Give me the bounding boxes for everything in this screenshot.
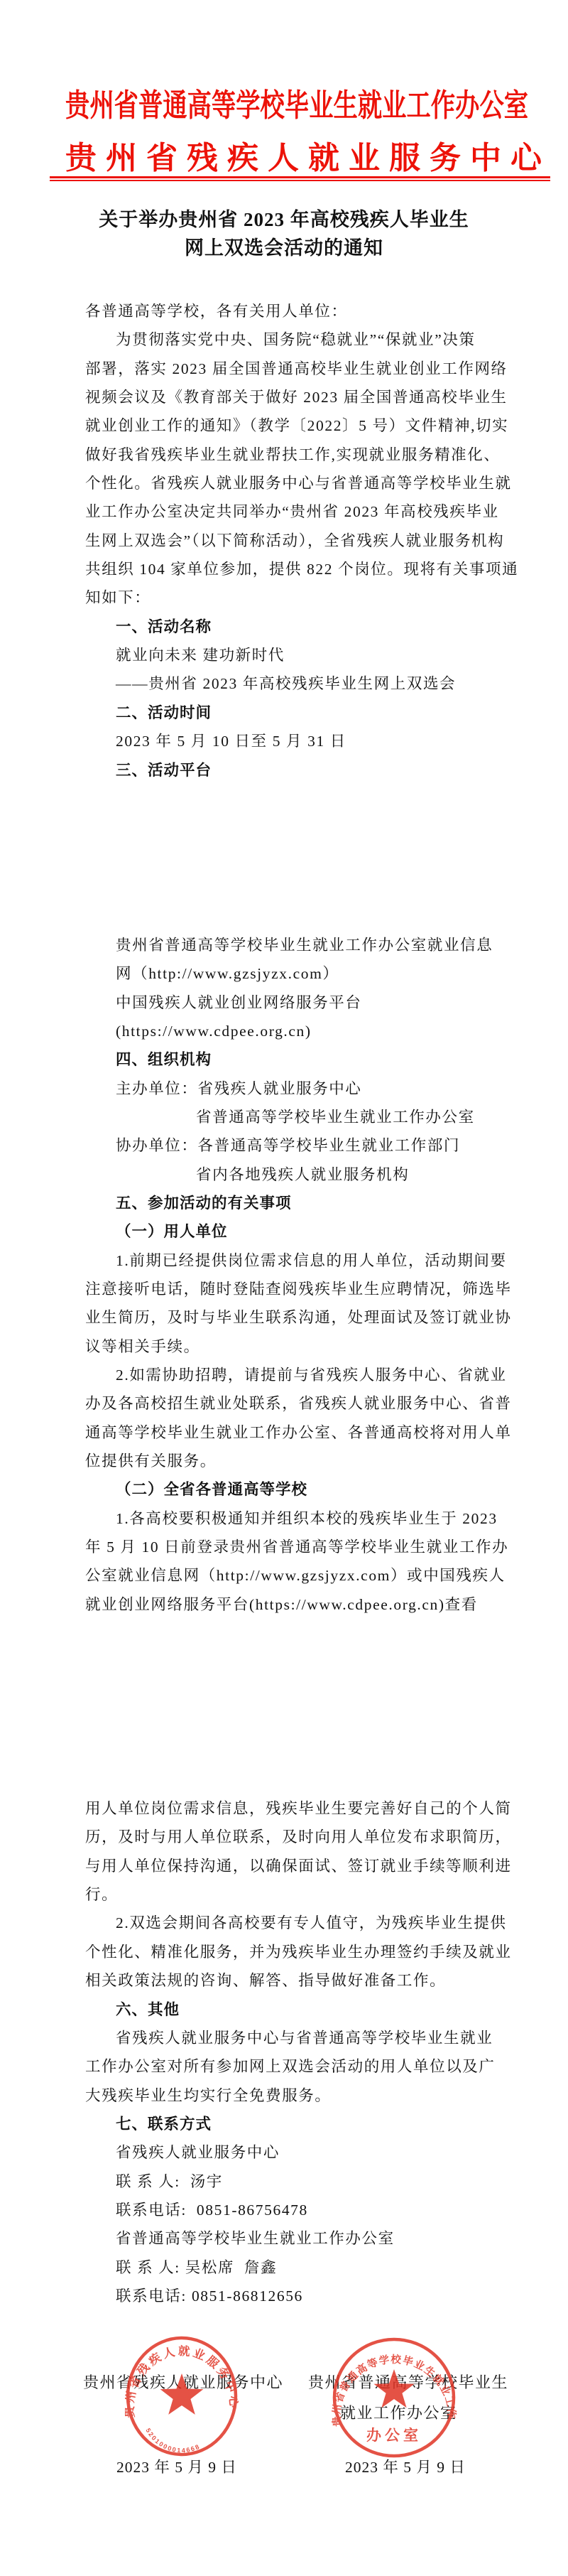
- text-line: 部署，落实 2023 届全国普通高校毕业生就业创业工作网络: [85, 355, 525, 383]
- text-line: 议等相关手续。: [85, 1332, 525, 1361]
- svg-text:5201000014668: 5201000014668: [144, 2427, 201, 2454]
- text-line: 通高等学校毕业生就业工作办公室、各普通高校将对用人单: [85, 1418, 525, 1447]
- text-line: 知如下：: [85, 583, 525, 612]
- text-line: 用人单位岗位需求信息，残疾毕业生要完善好自己的个人简: [85, 1794, 525, 1823]
- text-line: 2.如需协助招聘，请提前与省残疾人服务中心、省就业: [85, 1361, 525, 1389]
- seal-center-text: 办公室: [366, 2427, 422, 2444]
- text-line: 工作办公室对所有参加网上双选会活动的用人单位以及广: [85, 2052, 525, 2081]
- text-line: 联 系 人: 汤宇: [85, 2167, 525, 2196]
- text-line: 做好我省残疾毕业生就业帮扶工作,实现就业服务精准化、: [85, 441, 525, 469]
- text-line: 为贯彻落实党中央、国务院“稳就业”“保就业”决策: [85, 325, 525, 354]
- text-line: 生网上双选会”（以下简称活动），全省残疾人就业服务机构: [85, 527, 525, 555]
- issue-date-left: 2023 年 5 月 9 日: [116, 2455, 237, 2477]
- text-line: 就业创业网络服务平台(https://www.cdpee.org.cn)查看: [85, 1590, 525, 1619]
- document-title-line2: 网上双选会活动的通知: [0, 234, 568, 262]
- text-line: 就业向未来 建功新时代: [85, 641, 525, 669]
- official-seal-left: 贵州省残疾人就业服务中心 5201000014668: [125, 2335, 239, 2457]
- document-lines: 各普通高等学校，各有关用人单位：为贯彻落实党中央、国务院“稳就业”“保就业”决策…: [85, 297, 525, 2310]
- text-line: 位提供有关服务。: [85, 1447, 525, 1475]
- letterhead-rule-top: [50, 176, 550, 178]
- text-line: 联系电话: 0851-86756478: [85, 2196, 525, 2224]
- page-break-gap: [85, 1619, 92, 1794]
- text-line: 办及各高校招生就业处联系，省残疾人就业服务中心、省普: [85, 1389, 525, 1418]
- text-line: 共组织 104 家单位参加，提供 822 个岗位。现将有关事项通: [85, 555, 525, 583]
- letterhead-org-2: 贵州省残疾人就业服务中心: [65, 132, 551, 178]
- text-line: ——贵州省 2023 年高校残疾毕业生网上双选会: [85, 669, 525, 698]
- text-line: 视频会议及《教育部关于做好 2023 届全国普通高校毕业生: [85, 383, 525, 411]
- section-heading: 二、活动时间: [85, 699, 525, 727]
- text-line: 行。: [85, 1880, 525, 1909]
- text-line: 与用人单位保持沟通，以确保面试、签订就业手续等顺利进: [85, 1852, 525, 1880]
- text-line: 业工作办公室决定共同举办“贵州省 2023 年高校残疾毕业: [85, 497, 525, 526]
- text-line: 公室就业信息网（http://www.gzsjyzx.com）或中国残疾人: [85, 1561, 525, 1590]
- text-line: 就业创业工作的通知》（教学〔2022〕5 号）文件精神,切实: [85, 411, 525, 440]
- section-heading: 七、联系方式: [85, 2110, 525, 2138]
- star-icon: [374, 2369, 415, 2408]
- star-icon: [160, 2373, 204, 2415]
- text-line: 个性化。省残疾人就业服务中心与省普通高等学校毕业生就: [85, 469, 525, 497]
- section-heading: 三、活动平台: [85, 756, 525, 785]
- document-title-line1: 关于举办贵州省 2023 年高校残疾人毕业生: [0, 205, 568, 234]
- text-line: 联 系 人: 吴松席 詹鑫: [85, 2253, 525, 2282]
- text-line: 省普通高等学校毕业生就业工作办公室: [85, 1103, 525, 1131]
- text-line: 省残疾人就业服务中心与省普通高等学校毕业生就业: [85, 2024, 525, 2052]
- text-line: 注意接听电话，随时登陆查阅残疾毕业生应聘情况，筛选毕: [85, 1275, 525, 1303]
- text-line: 省残疾人就业服务中心: [85, 2138, 525, 2167]
- text-line: 协办单位：各普通高等学校毕业生就业工作部门: [85, 1131, 525, 1160]
- text-line: 大残疾毕业生均实行全免费服务。: [85, 2081, 525, 2110]
- section-heading: 四、组织机构: [85, 1045, 525, 1074]
- document-page: { "page": { "width": 800, "height": 3625…: [0, 0, 568, 2576]
- text-line: 省普通高等学校毕业生就业工作办公室: [85, 2224, 525, 2253]
- page-break-gap: [85, 785, 92, 931]
- text-line: 个性化、精准化服务，并为残疾毕业生办理签约手续及就业: [85, 1938, 525, 1966]
- text-line: 网（http://www.gzsjyzx.com）: [85, 959, 525, 988]
- section-heading: 一、活动名称: [85, 613, 525, 641]
- text-line: 相关政策法规的咨询、解答、指导做好准备工作。: [85, 1966, 525, 1995]
- text-line: 各普通高等学校，各有关用人单位：: [85, 297, 525, 325]
- text-line: 业生简历，及时与毕业生联系沟通，处理面试及签订就业协: [85, 1303, 525, 1332]
- section-heading: 六、其他: [85, 1995, 525, 2024]
- section-heading: 五、参加活动的有关事项: [85, 1189, 525, 1217]
- text-line: (https://www.cdpee.org.cn): [85, 1017, 525, 1045]
- letterhead-org-1: 贵州省普通高等学校毕业生就业工作办公室: [65, 80, 528, 125]
- document-title: 关于举办贵州省 2023 年高校残疾人毕业生 网上双选会活动的通知: [0, 205, 568, 262]
- letterhead-rule-bottom: [50, 180, 550, 181]
- text-line: 联系电话: 0851-86812656: [85, 2282, 525, 2310]
- text-line: 2.双选会期间各高校要有专人值守，为残疾毕业生提供: [85, 1909, 525, 1937]
- seal-number: 5201000014668: [144, 2427, 201, 2454]
- section-heading: （一）用人单位: [85, 1217, 525, 1246]
- official-seal-right: 贵州省普通高等学校毕业生就业工作 办公室: [330, 2335, 458, 2460]
- text-line: 主办单位：省残疾人就业服务中心: [85, 1074, 525, 1103]
- section-heading: （二）全省各普通高等学校: [85, 1475, 525, 1504]
- text-line: 贵州省普通高等学校毕业生就业工作办公室就业信息: [85, 931, 525, 959]
- text-line: 省内各地残疾人就业服务机构: [85, 1160, 525, 1189]
- text-line: 中国残疾人就业创业网络服务平台: [85, 988, 525, 1017]
- text-line: 年 5 月 10 日前登录贵州省普通高等学校毕业生就业工作办: [85, 1533, 525, 1561]
- text-line: 2023 年 5 月 10 日至 5 月 31 日: [85, 727, 525, 755]
- text-line: 历，及时与用人单位联系，及时向用人单位发布求职简历，: [85, 1823, 525, 1851]
- text-line: 1.各高校要积极通知并组织本校的残疾毕业生于 2023: [85, 1504, 525, 1533]
- text-line: 1.前期已经提供岗位需求信息的用人单位，活动期间要: [85, 1246, 525, 1275]
